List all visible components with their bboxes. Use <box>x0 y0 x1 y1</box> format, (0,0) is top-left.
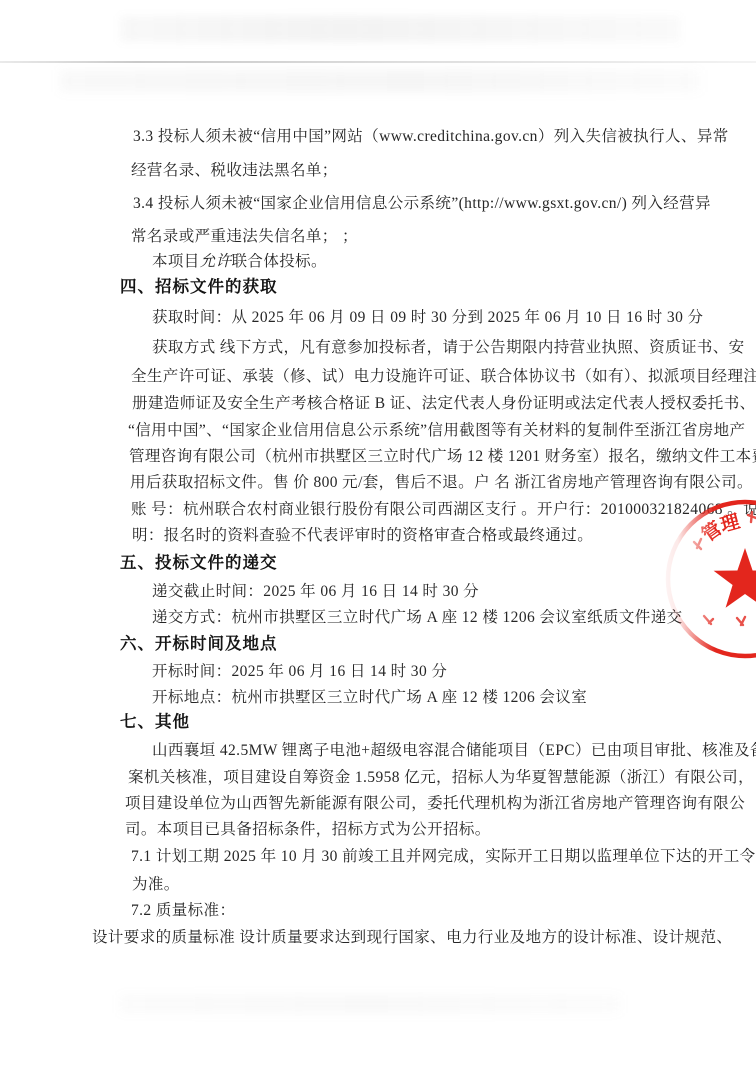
text-line: 递交截止时间：2025 年 06 月 16 日 14 时 30 分 <box>152 582 479 602</box>
text-line: 山西襄垣 42.5MW 锂离子电池+超级电容混合储能项目（EPC）已由项目审批、… <box>152 741 756 761</box>
text-line: 册建造师证及安全生产考核合格证 B 证、法定代表人身份证明或法定代表人授权委托书… <box>132 394 756 414</box>
scan-artifact <box>120 995 620 1013</box>
text-line: 案机关核准，项目建设自筹资金 1.5958 亿元，招标人为华夏智慧能源（浙江）有… <box>128 768 754 788</box>
scan-artifact-line <box>0 61 756 63</box>
text-line: 获取方式 线下方式，凡有意参加投标者，请于公告期限内持营业执照、资质证书、安 <box>152 338 745 358</box>
text-line: 递交方式：杭州市拱墅区三立时代广场 A 座 12 楼 1206 会议室纸质文件递… <box>152 608 683 628</box>
text-line: 本项目允许联合体投标。 <box>152 252 327 272</box>
scan-artifact <box>120 16 680 42</box>
section-heading-6: 六、开标时间及地点 <box>120 634 278 654</box>
official-seal: 管 理 <box>653 490 756 675</box>
text-line: 为准。 <box>132 875 180 895</box>
text-line: 项目建设单位为山西智先新能源有限公司，委托代理机构为浙江省房地产管理咨询有限公 <box>125 794 745 814</box>
text-segment-italic: 允许 <box>200 253 232 270</box>
text-line: 管理咨询有限公司（杭州市拱墅区三立时代广场 12 楼 1201 财务室）报名，缴… <box>129 447 756 467</box>
text-line: 7.2 质量标准： <box>131 901 235 921</box>
text-line: 常名录或严重违法失信名单； ； <box>131 227 358 247</box>
text-line: 开标时间：2025 年 06 月 16 日 14 时 30 分 <box>152 662 447 682</box>
text-line: 3.4 投标人须未被“国家企业信用信息公示系统”(http://www.gsxt… <box>133 194 711 214</box>
text-line: 明：报名时的资料查验不代表评审时的资格审查合格或最终通过。 <box>132 526 593 546</box>
section-heading-5: 五、投标文件的递交 <box>120 553 278 573</box>
text-segment: 本项目 <box>152 253 200 270</box>
text-line: “信用中国”、“国家企业信用信息公示系统”信用截图等有关材料的复制件至浙江省房地… <box>128 421 745 441</box>
seal-arc-text: 理 <box>718 510 743 536</box>
text-line: 获取时间：从 2025 年 06 月 09 日 09 时 30 分到 2025 … <box>152 308 703 328</box>
section-heading-7: 七、其他 <box>120 712 190 732</box>
tender-notice-document: 3.3 投标人须未被“信用中国”网站（www.creditchina.gov.c… <box>0 0 756 1068</box>
text-line: 3.3 投标人须未被“信用中国”网站（www.creditchina.gov.c… <box>133 127 729 147</box>
text-line: 司。本项目已具备招标条件，招标方式为公开招标。 <box>125 820 491 840</box>
scan-artifact <box>60 70 700 92</box>
text-line: 经营名录、税收违法黑名单； <box>131 161 338 181</box>
text-line: 开标地点：杭州市拱墅区三立时代广场 A 座 12 楼 1206 会议室 <box>152 688 587 708</box>
section-heading-4: 四、招标文件的获取 <box>120 277 278 297</box>
text-line: 设计要求的质量标准 设计质量要求达到现行国家、电力行业及地方的设计标准、设计规范… <box>92 928 732 948</box>
text-line: 7.1 计划工期 2025 年 10 月 30 前竣工且并网完成，实际开工日期以… <box>131 847 756 867</box>
text-line: 全生产许可证、承装（修、试）电力设施许可证、联合体协议书（如有）、拟派项目经理注 <box>131 367 756 387</box>
seal-star-icon <box>714 548 756 608</box>
text-segment: 联合体投标。 <box>232 253 327 270</box>
